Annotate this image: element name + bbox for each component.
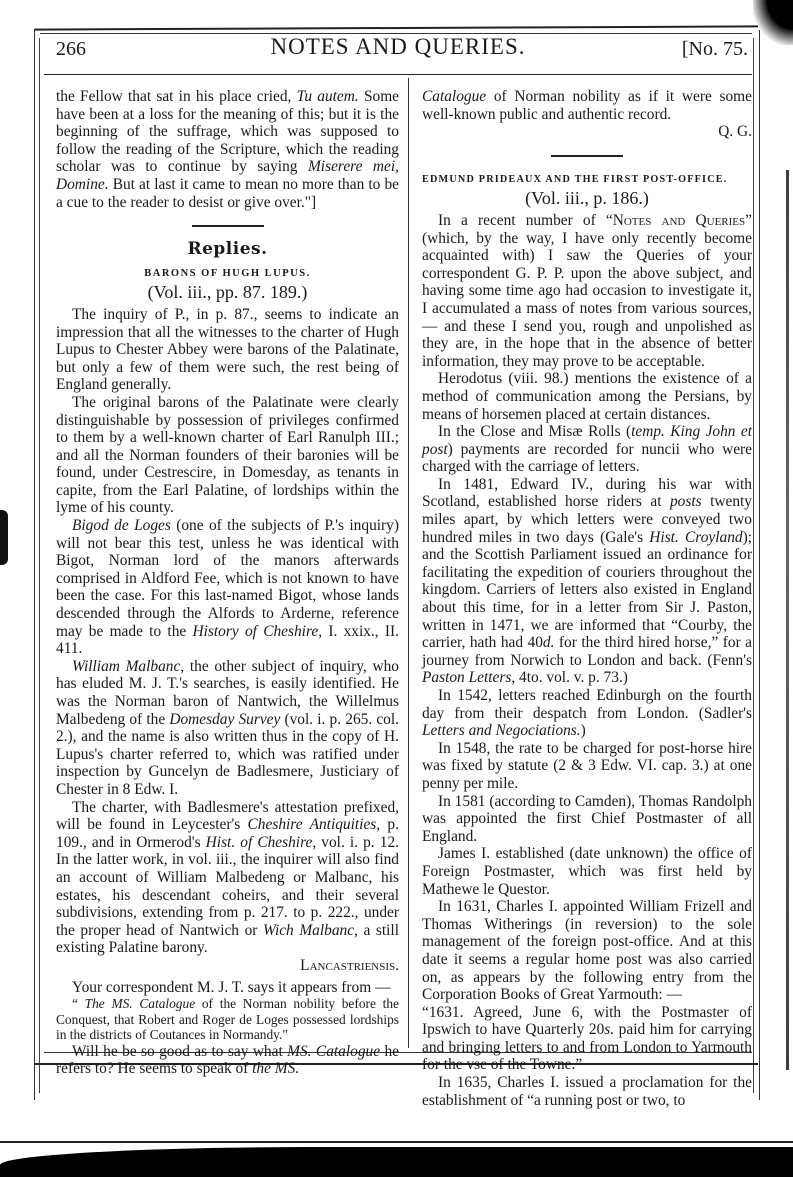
paragraph: William Malbanc, the other subject of in… [56,658,399,799]
signature: Q. G. [422,123,752,141]
paragraph: Your correspondent M. J. T. says it appe… [56,979,399,997]
paragraph: The inquiry of P., in p. 87., seems to i… [56,306,399,394]
paragraph: Bigod de Loges (one of the subjects of P… [56,517,399,658]
article-title: BARONS OF HUGH LUPUS. [56,265,399,283]
continuation-paragraph: the Fellow that sat in his place cried, … [56,88,399,211]
paragraph: In 1635, Charles I. issued a proclamatio… [422,1074,752,1109]
paragraph: Herodotus (viii. 98.) mentions the exist… [422,370,752,423]
article-title: EDMUND PRIDEAUX AND THE FIRST POST-OFFIC… [422,171,752,189]
header-rule [44,74,752,75]
continuation-paragraph: Catalogue of Norman nobility as if it we… [422,88,752,123]
scan-bottom-shadow [0,1147,793,1177]
issue-number: [No. 75. [682,38,748,61]
paragraph: In 1581 (according to Camden), Thomas Ra… [422,793,752,846]
scan-bottom-line [0,1141,793,1143]
left-column: the Fellow that sat in his place cried, … [56,88,399,1078]
scan-ink-blot [0,510,8,565]
paragraph: In 1548, the rate to be charged for post… [422,740,752,793]
page-header: 266 NOTES AND QUERIES. [No. 75. [44,34,752,74]
paragraph: In a recent number of “Notes and Queries… [422,212,752,370]
paragraph: The charter, with Badlesmere's attestati… [56,799,399,957]
right-column: Catalogue of Norman nobility as if it we… [422,88,752,1109]
section-heading-replies: Replies. [56,241,399,259]
quotation: “1631. Agreed, June 6, with the Postmast… [422,1004,752,1074]
section-separator [551,155,623,157]
paragraph: In 1542, letters reached Edinburgh on th… [422,687,752,740]
scan-edge-shadow [786,170,789,1070]
volume-reference: (Vol. iii., p. 186.) [422,190,752,208]
paragraph: The original barons of the Palatinate we… [56,394,399,517]
frame-inner-left-rule [39,38,40,1093]
paragraph: In the Close and Misæ Rolls (temp. King … [422,423,752,476]
paragraph: In 1631, Charles I. appointed William Fr… [422,898,752,1004]
frame-inner-right-rule [753,38,754,1093]
volume-reference: (Vol. iii., pp. 87. 189.) [56,284,399,302]
paragraph: In 1481, Edward IV., during his war with… [422,476,752,687]
quotation: “ The MS. Catalogue of the Norman nobili… [56,996,399,1043]
signature: Lancastriensis. [56,957,399,975]
running-title: NOTES AND QUERIES. [44,34,752,60]
paragraph: James I. established (date unknown) the … [422,845,752,898]
section-separator [192,225,264,227]
paragraph: Will he be so good as to say what MS. Ca… [56,1043,399,1078]
column-divider [408,78,409,1048]
